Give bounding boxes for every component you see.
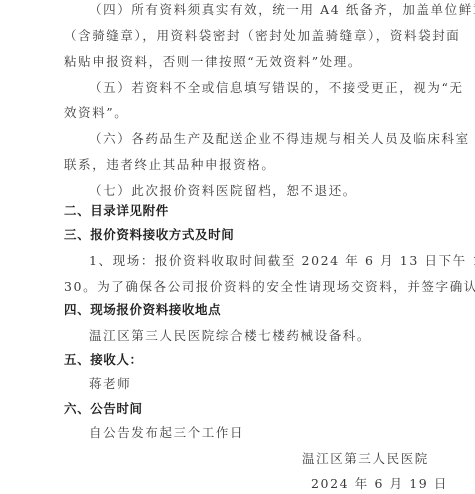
section-4-heading: 四、现场报价资料接收地点	[64, 302, 221, 318]
paragraph-4-line-3: 粘贴申报资料，否则一律按照“无效资料”处理。	[64, 54, 362, 70]
section-3-line-2: 30。为了确保各公司报价资料的安全性请现场交资料，并签字确认。	[64, 279, 475, 295]
paragraph-4-line-2: （含骑缝章），用资料袋密封（密封处加盖骑缝章），资料袋封面	[64, 28, 460, 44]
signature-organization: 温江区第三人民医院	[302, 451, 429, 467]
section-6-heading: 六、公告时间	[64, 401, 143, 417]
section-6-body: 自公告发布起三个工作日	[89, 425, 244, 441]
signature-date: 2024 年 6 月 19 日	[311, 476, 448, 492]
paragraph-6-line-1: （六）各药品生产及配送企业不得违规与相关人员及临床科室	[89, 131, 470, 147]
paragraph-7-line-1: （七）此次报价资料医院留档，恕不退还。	[89, 183, 357, 199]
section-2-heading: 二、目录详见附件	[64, 203, 169, 219]
section-5-heading: 五、接收人：	[64, 352, 143, 368]
paragraph-5-line-2: 效资料”。	[64, 105, 128, 121]
section-3-line-1: 1、现场：报价资料收取时间截至 2024 年 6 月 13 日下午 17 点	[89, 253, 475, 269]
paragraph-5-line-1: （五）若资料不全或信息填写错误的，不接受更正，视为“无	[89, 80, 464, 96]
section-5-body: 蒋老师	[89, 376, 131, 392]
section-3-heading: 三、报价资料接收方式及时间	[64, 227, 234, 243]
section-4-body: 温江区第三人民医院综合楼七楼药械设备科。	[89, 328, 371, 344]
paragraph-4-line-1: （四）所有资料须真实有效，统一用 A4 纸备齐，加盖单位鲜章	[89, 2, 475, 18]
paragraph-6-line-2: 联系，违者终止其品种申报资格。	[64, 157, 276, 173]
